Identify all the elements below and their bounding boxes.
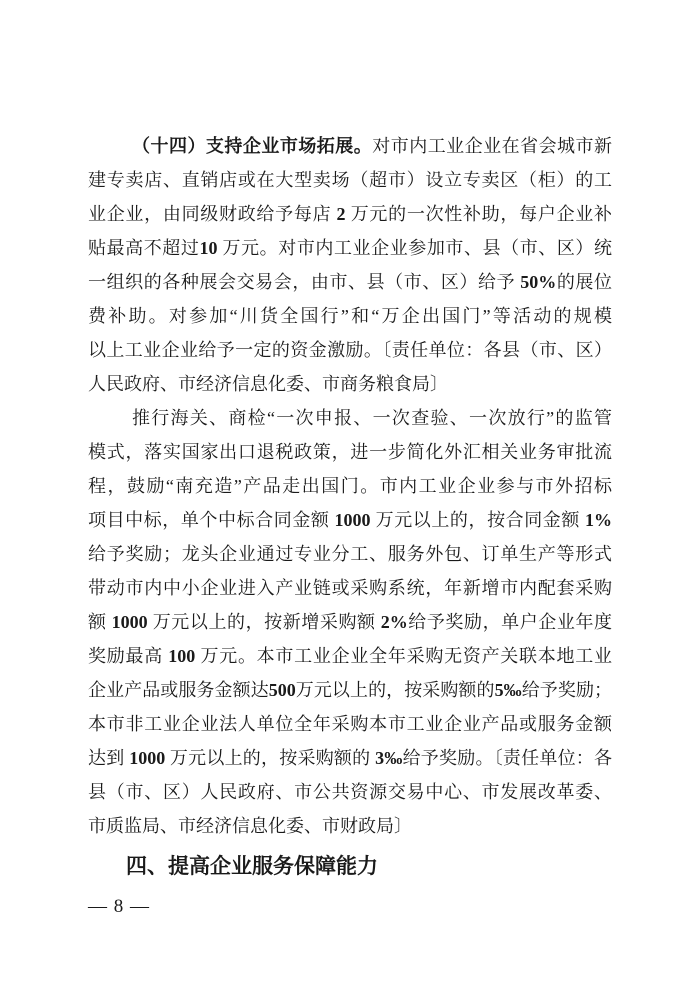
text-line: 项目中标，单个中标合同金额 1000 万元以上的，按合同金额 1% [88,503,612,537]
text-line: 本市非工业企业法人单位全年采购本市工业企业产品或服务金额 [88,707,612,741]
text-segment-n: 费补助。对参加“川货全国行”和“万企出国门”等活动的规模 [88,306,612,326]
text-segment-n: 的展位 [556,272,612,292]
text-line: 以上工业企业给予一定的资金激励。〔责任单位：各县（市、区） [88,333,612,367]
text-segment-n: 万元。本市工业企业全年采购无资产关联本地工业 [195,646,612,666]
text-segment-n: 万元。对市内工业企业参加市、县（市、区）统 [217,238,612,258]
text-segment-n: 给予奖励；龙头企业通过专业分工、服务外包、订单生产等形式 [88,544,612,564]
text-line: 市质监局、市经济信息化委、市财政局〕 [88,809,612,843]
text-segment-n: 奖励最高 [88,646,168,666]
text-line: （十四）支持企业市场拓展。对市内工业企业在省会城市新 [88,129,612,163]
text-segment-n: 模式，落实国家出口退税政策，进一步简化外汇相关业务审批流 [88,442,612,462]
text-segment-n: 建专卖店、直销店或在大型卖场（超市）设立专卖区（柜）的工 [88,170,612,190]
text-segment-num: 50% [520,272,556,292]
text-segment-num: 5‰ [495,680,522,700]
text-segment-num: 2% [381,612,408,632]
text-segment-n: 万元的一次性补助，每户企业补 [346,204,613,224]
text-line: 人民政府、市经济信息化委、市商务粮食局〕 [88,367,612,401]
text-segment-n: 额 [88,612,112,632]
text-segment-kb: （十四）支持企业市场拓展。 [132,136,372,156]
text-segment-kai: 县（市、区）人民政府、市公共资源交易中心、市发展改革委、 [88,782,612,802]
text-segment-n: 万元以上的，按采购额的 [296,680,495,700]
text-line: 企业产品或服务金额达500万元以上的，按采购额的5‰给予奖励； [88,673,612,707]
text-segment-n: 业企业，由同级财政给予每店 [88,204,337,224]
text-segment-n: 万元以上的，按合同金额 [371,510,585,530]
text-line: 建专卖店、直销店或在大型卖场（超市）设立专卖区（柜）的工 [88,163,612,197]
text-segment-n: 项目中标，单个中标合同金额 [88,510,335,530]
text-segment-n: 带动市内中小企业进入产业链或采购系统，年新增市内配套采购 [88,578,612,598]
text-line: 程，鼓励“南充造”产品走出国门。市内工业企业参与市外招标 [88,469,612,503]
text-segment-n: 以上工业企业给予一定的资金激励。 [88,340,382,360]
text-line: 一组织的各种展会交易会，由市、县（市、区）给予 50%的展位 [88,265,612,299]
paragraph-customs-incentives: 推行海关、商检“一次申报、一次查验、一次放行”的监管模式，落实国家出口退税政策，… [88,401,612,843]
text-segment-n: 给予奖励。 [403,748,494,768]
text-segment-kai: 〔责任单位：各县（市、区） [382,340,612,360]
text-segment-n: 给予奖励； [522,680,612,700]
text-segment-num: 2 [337,204,346,224]
text-line: 奖励最高 100 万元。本市工业企业全年采购无资产关联本地工业 [88,639,612,673]
text-segment-n: 万元以上的，按新增采购额 [148,612,381,632]
text-line: 模式，落实国家出口退税政策，进一步简化外汇相关业务审批流 [88,435,612,469]
text-segment-n: 一组织的各种展会交易会，由市、县（市、区）给予 [88,272,520,292]
text-segment-num: 100 [168,646,195,666]
text-line: 带动市内中小企业进入产业链或采购系统，年新增市内配套采购 [88,571,612,605]
text-segment-kai: 人民政府、市经济信息化委、市商务粮食局〕 [88,374,448,394]
section-heading: 四、提高企业服务保障能力 [88,849,612,885]
text-line: 额 1000 万元以上的，按新增采购额 2%给予奖励，单户企业年度 [88,605,612,639]
text-segment-num: 1000 [112,612,148,632]
paragraph-clause-14: （十四）支持企业市场拓展。对市内工业企业在省会城市新建专卖店、直销店或在大型卖场… [88,129,612,401]
text-line: 费补助。对参加“川货全国行”和“万企出国门”等活动的规模 [88,299,612,333]
text-line: 达到 1000 万元以上的，按采购额的 3‰给予奖励。〔责任单位：各 [88,741,612,775]
text-segment-kai: 市质监局、市经济信息化委、市财政局〕 [88,816,412,836]
text-segment-n: 企业产品或服务金额达 [88,680,269,700]
text-segment-n: 达到 [88,748,129,768]
text-segment-n: 给予奖励，单户企业年度 [408,612,612,632]
text-segment-num: 3‰ [375,748,402,768]
text-segment-num: 500 [269,680,296,700]
text-segment-n: 万元以上的，按采购额的 [165,748,375,768]
document-body: （十四）支持企业市场拓展。对市内工业企业在省会城市新建专卖店、直销店或在大型卖场… [88,129,612,843]
text-segment-n: 本市非工业企业法人单位全年采购本市工业企业产品或服务金额 [88,714,612,734]
text-segment-kai: 〔责任单位：各 [494,748,612,768]
text-segment-n: 贴最高不超过 [88,238,199,258]
text-line: 推行海关、商检“一次申报、一次查验、一次放行”的监管 [88,401,612,435]
text-line: 贴最高不超过10 万元。对市内工业企业参加市、县（市、区）统 [88,231,612,265]
text-segment-num: 10 [199,238,217,258]
document-page: （十四）支持企业市场拓展。对市内工业企业在省会城市新建专卖店、直销店或在大型卖场… [0,0,700,990]
page-number: — 8 — [88,894,150,920]
text-segment-num: 1000 [129,748,165,768]
text-line: 给予奖励；龙头企业通过专业分工、服务外包、订单生产等形式 [88,537,612,571]
text-segment-n: 推行海关、商检“一次申报、一次查验、一次放行”的监管 [132,408,612,428]
text-segment-n: 对市内工业企业在省会城市新 [372,136,612,156]
text-line: 县（市、区）人民政府、市公共资源交易中心、市发展改革委、 [88,775,612,809]
text-segment-n: 程，鼓励“南充造”产品走出国门。市内工业企业参与市外招标 [88,476,612,496]
text-segment-num: 1000 [335,510,371,530]
text-segment-num: 1% [585,510,612,530]
text-line: 业企业，由同级财政给予每店 2 万元的一次性补助，每户企业补 [88,197,612,231]
